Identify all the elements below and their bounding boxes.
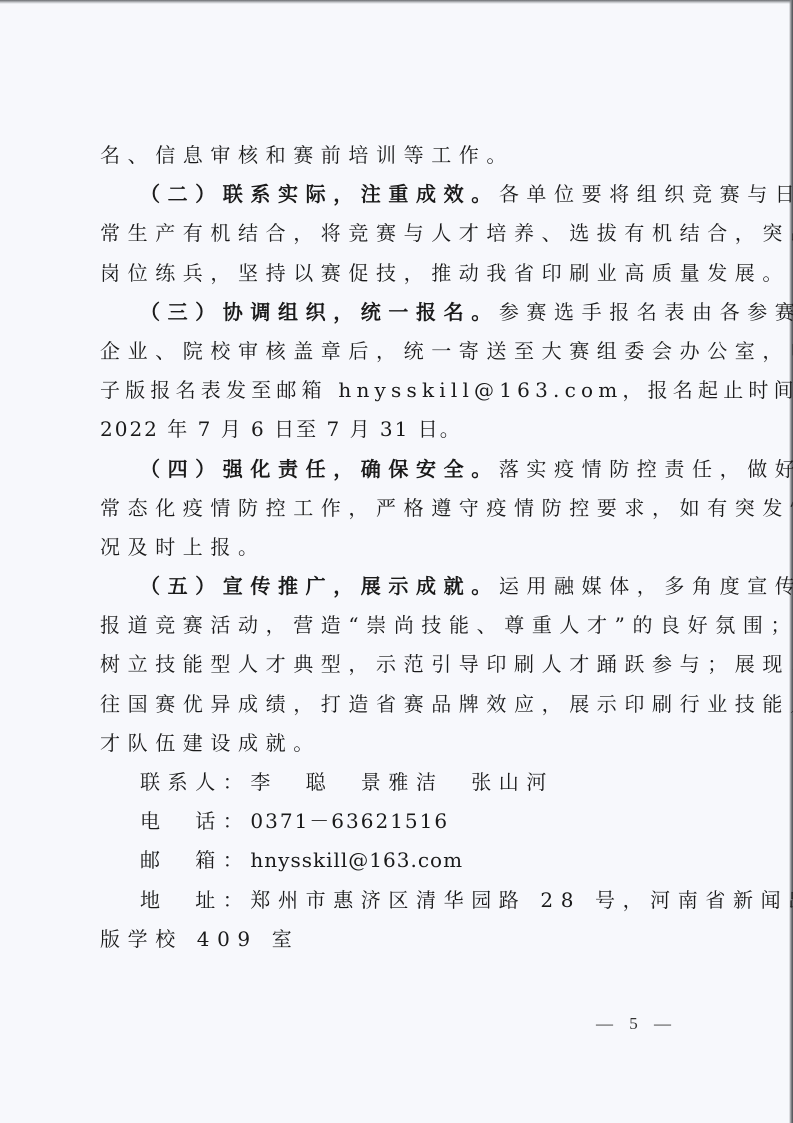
contact-email-value: hnysskill@163.com: [250, 848, 463, 872]
paragraph-item-3-line: 企业、院校审核盖章后，统一寄送至大赛组委会办公室，电: [100, 332, 700, 371]
item-3-text: 参赛选手报名表由各参赛: [499, 300, 793, 324]
item-2-text: 各单位要将组织竞赛与日: [499, 182, 793, 206]
paragraph-item-3-line: 子版报名表发至邮箱 hnysskill@163.com，报名起止时间为: [100, 371, 700, 410]
contact-block: 联系人：李 聪 景雅洁 张山河 电 话：0371－63621516 邮 箱：hn…: [100, 763, 700, 959]
paragraph-item-5-line: 往国赛优异成绩，打造省赛品牌效应，展示印刷行业技能人: [100, 685, 700, 724]
contact-phone-label: 电 话：: [140, 809, 250, 833]
contact-email-label: 邮 箱：: [140, 848, 250, 872]
paragraph-continuation: 名、信息审核和赛前培训等工作。: [100, 136, 700, 175]
contact-phone-line: 电 话：0371－63621516: [100, 802, 700, 841]
contact-email-line: 邮 箱：hnysskill@163.com: [100, 841, 700, 880]
item-5-heading: （五）宣传推广，展示成就。: [140, 574, 499, 598]
contact-phone-value: 0371－63621516: [250, 809, 449, 833]
paragraph-item-4-first-line: （四）强化责任，确保安全。落实疫情防控责任，做好: [100, 450, 700, 489]
paragraph-item-2-line: 岗位练兵，坚持以赛促技，推动我省印刷业高质量发展。: [100, 254, 700, 293]
scan-edge-right: [789, 0, 793, 1123]
contact-person-line: 联系人：李 聪 景雅洁 张山河: [100, 763, 700, 802]
paragraph-item-3-first-line: （三）协调组织，统一报名。参赛选手报名表由各参赛: [100, 293, 700, 332]
page-number: — 5 —: [596, 1014, 677, 1034]
contact-person-value: 李 聪 景雅洁 张山河: [250, 770, 554, 794]
paragraph-item-5-line: 才队伍建设成就。: [100, 724, 700, 763]
contact-address-line-2: 版学校 409 室: [100, 920, 700, 959]
paragraph-item-5-line: 报道竞赛活动，营造“崇尚技能、尊重人才”的良好氛围；: [100, 606, 700, 645]
paragraph-item-2-first-line: （二）联系实际，注重成效。各单位要将组织竞赛与日: [100, 175, 700, 214]
item-5-text: 运用融媒体，多角度宣传: [499, 574, 793, 598]
contact-address-value: 郑州市惠济区清华园路 28 号，河南省新闻出: [250, 888, 793, 912]
paragraph-item-2-line: 常生产有机结合，将竞赛与人才培养、选拔有机结合，突出: [100, 214, 700, 253]
document-page: 名、信息审核和赛前培训等工作。 （二）联系实际，注重成效。各单位要将组织竞赛与日…: [100, 136, 700, 959]
item-2-heading: （二）联系实际，注重成效。: [140, 182, 499, 206]
paragraph-item-3-line: 2022 年 7 月 6 日至 7 月 31 日。: [100, 410, 700, 449]
item-4-text: 落实疫情防控责任，做好: [499, 457, 793, 481]
paragraph-item-5-first-line: （五）宣传推广，展示成就。运用融媒体，多角度宣传: [100, 567, 700, 606]
contact-person-label: 联系人：: [140, 770, 250, 794]
paragraph-item-5-line: 树立技能型人才典型，示范引导印刷人才踊跃参与；展现以: [100, 645, 700, 684]
scan-edge-top: [0, 0, 793, 4]
paragraph-item-4-line: 常态化疫情防控工作，严格遵守疫情防控要求，如有突发情: [100, 489, 700, 528]
paragraph-item-4-line: 况及时上报。: [100, 528, 700, 567]
item-3-heading: （三）协调组织，统一报名。: [140, 300, 499, 324]
contact-address-label: 地 址：: [140, 888, 250, 912]
item-4-heading: （四）强化责任，确保安全。: [140, 457, 499, 481]
contact-address-line: 地 址：郑州市惠济区清华园路 28 号，河南省新闻出: [100, 881, 700, 920]
